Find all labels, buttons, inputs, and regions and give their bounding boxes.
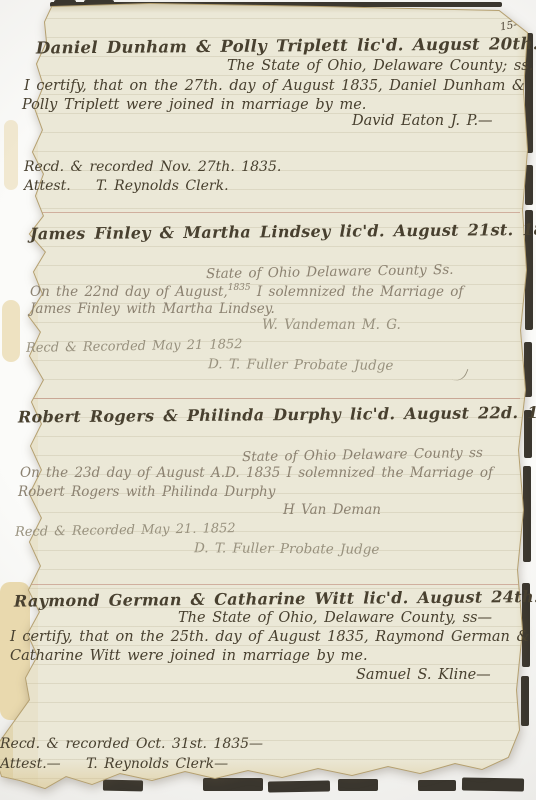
solemnized-line-1-pre: On the 22nd day of August, bbox=[30, 284, 228, 300]
solemnized-line-2: Robert Rogers with Philinda Durphy bbox=[18, 484, 275, 500]
marriage-entry-rogers-durphy: Robert Rogers & Philinda Durphy lic'd. A… bbox=[0, 0, 536, 800]
state-county-line: State of Ohio Delaware County ss bbox=[242, 445, 483, 465]
attest-label: Attest.— bbox=[0, 756, 61, 772]
certification-line-1: I certify, that on the 27th. day of Augu… bbox=[24, 78, 525, 94]
state-county-line: The State of Ohio, Delaware County; ss. bbox=[227, 58, 533, 74]
solemnized-line-1: On the 23d day of August A.D. 1835 I sol… bbox=[20, 465, 493, 481]
recorded-line: Recd & Recorded May 21. 1852 bbox=[15, 521, 236, 540]
entry-heading: Raymond German & Catharine Witt lic'd. A… bbox=[14, 586, 536, 610]
solemnized-line-1-post: I solemnized the Marriage of bbox=[251, 284, 464, 300]
minister-signature: W. Vandeman M. G. bbox=[262, 317, 401, 333]
handwritten-records: 15- Daniel Dunham & Polly Triplett lic'd… bbox=[0, 0, 536, 800]
recorded-line: Recd & Recorded May 21 1852 bbox=[26, 337, 243, 356]
attest-label: Attest. bbox=[24, 178, 71, 194]
marriage-entry-dunham-triplett: Daniel Dunham & Polly Triplett lic'd. Au… bbox=[0, 0, 536, 800]
state-county-line: The State of Ohio, Delaware County, ss— bbox=[178, 610, 492, 626]
page-number: 15- bbox=[499, 19, 518, 34]
entry-heading: Robert Rogers & Philinda Durphy lic'd. A… bbox=[18, 403, 536, 427]
recorded-line: Recd. & recorded Oct. 31st. 1835— bbox=[0, 736, 263, 752]
recorded-line: Recd. & recorded Nov. 27th. 1835. bbox=[24, 159, 281, 175]
state-county-line: State of Ohio Delaware County Ss. bbox=[206, 262, 454, 282]
certification-line-1: I certify, that on the 25th. day of Augu… bbox=[10, 629, 529, 645]
pencil-check-mark bbox=[450, 364, 469, 384]
scanned-ledger-page: 15- Daniel Dunham & Polly Triplett lic'd… bbox=[0, 0, 536, 800]
certification-line-2: Catharine Witt were joined in marriage b… bbox=[10, 648, 368, 664]
minister-signature: H Van Deman bbox=[283, 502, 381, 518]
probate-judge-signature: D. T. Fuller Probate Judge bbox=[208, 356, 394, 374]
marriage-entry-german-witt: Raymond German & Catharine Witt lic'd. A… bbox=[0, 0, 536, 800]
clerk-signature: T. Reynolds Clerk. bbox=[96, 178, 229, 194]
entry-heading: James Finley & Martha Lindsey lic'd. Aug… bbox=[30, 220, 536, 244]
marriage-entry-finley-lindsey: James Finley & Martha Lindsey lic'd. Aug… bbox=[0, 0, 536, 800]
entry-heading: Daniel Dunham & Polly Triplett lic'd. Au… bbox=[36, 33, 536, 57]
justice-signature: Samuel S. Kline— bbox=[356, 667, 491, 683]
inserted-year: 1835 bbox=[228, 283, 251, 293]
justice-signature: David Eaton J. P.— bbox=[352, 113, 493, 129]
solemnized-line-1: On the 22nd day of August,1835 I solemni… bbox=[30, 283, 463, 300]
clerk-signature: T. Reynolds Clerk— bbox=[86, 756, 228, 772]
certification-line-2: Polly Triplett were joined in marriage b… bbox=[22, 97, 366, 113]
solemnized-line-2: James Finley with Martha Lindsey. bbox=[30, 301, 275, 317]
probate-judge-signature: D. T. Fuller Probate Judge bbox=[194, 540, 380, 558]
